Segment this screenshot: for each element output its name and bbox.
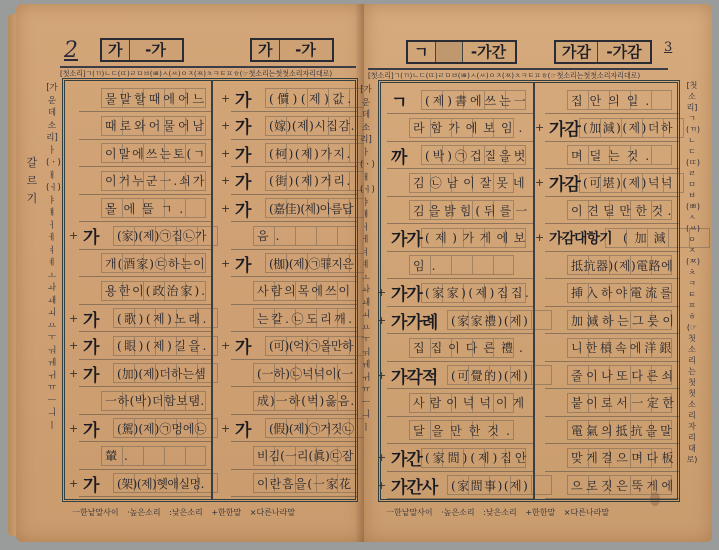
dictionary-entry-row: +가(歌)(제)노래. bbox=[79, 305, 211, 332]
dictionary-entry-row: 는칼.㉡도리깨. bbox=[231, 305, 357, 332]
dictionary-entry-row: 加減하는그릇이 bbox=[545, 307, 679, 334]
dictionary-entry-row: 가가(제)가게에보 bbox=[387, 225, 533, 252]
dictionary-entry-row: 용한이(政治家). bbox=[79, 278, 211, 305]
headword: 가감 bbox=[549, 170, 580, 195]
dictionary-entry-row: 집집이다른禮. bbox=[387, 335, 533, 362]
sino-korean-marker: + bbox=[377, 479, 386, 492]
dictionary-entry-row: 挿入하야電流를 bbox=[545, 280, 679, 307]
vowel-legend: [가운데소리]ㅏ(ㆍ)ㅐ(ㆎ)ㅑㅒㅓㅔㅕㅖㅗㅘㅙㅚㅛㅜㅝㅞㅟㅠㅡㅢㅣ bbox=[360, 84, 372, 504]
headword: 가 bbox=[83, 416, 98, 441]
header-word: -가감 bbox=[598, 42, 650, 62]
sino-korean-marker: + bbox=[221, 174, 230, 187]
page-number: 3 bbox=[664, 40, 672, 55]
definition-text: 이거누군一.쇠가 bbox=[105, 172, 206, 189]
dictionary-entry-row: 이거누군一.쇠가 bbox=[79, 168, 211, 195]
sino-korean-marker: + bbox=[377, 451, 386, 464]
definition-text: (嘉佳)(제)아름답 bbox=[269, 200, 353, 217]
definition-text: 挿入하야電流를 bbox=[571, 284, 675, 301]
header-word: 가 bbox=[102, 40, 130, 60]
dictionary-entry-row: 電氣의抵抗을말 bbox=[545, 417, 679, 444]
definition-text: (可堪)(제)넉넉 bbox=[583, 174, 674, 191]
definition-text: 이란흠을(一家花 bbox=[257, 475, 352, 492]
definition-text: 임. bbox=[413, 257, 442, 274]
sino-korean-marker: + bbox=[221, 257, 230, 270]
headword: 가 bbox=[235, 113, 250, 138]
sino-korean-marker: + bbox=[69, 229, 78, 242]
header-word: 가감 bbox=[556, 42, 598, 62]
definition-text: 줄이나또다른쇠 bbox=[571, 367, 677, 384]
header-word bbox=[436, 42, 463, 62]
definition-text: (家家禮)(제) bbox=[451, 312, 529, 329]
definition-text: 때로와어물어남 bbox=[105, 117, 207, 134]
definition-text: 이말에쓰는토(ㄱ bbox=[105, 145, 207, 162]
sino-korean-marker: + bbox=[221, 422, 230, 435]
dictionary-entry-row: +가(嘉佳)(제)아름답 bbox=[231, 195, 357, 222]
symbol-legend: 一한낱말사이 ·높은소리 :낮은소리 +한한말 ×다른나라말 bbox=[72, 507, 295, 518]
headword: 가 bbox=[83, 471, 98, 496]
definition-text: 달을만한것. bbox=[413, 422, 517, 439]
definition-text: 물말할때에어느 bbox=[105, 90, 207, 107]
definition-text: 一하(박)더함보탬. bbox=[105, 392, 205, 409]
sino-korean-marker: + bbox=[69, 312, 78, 325]
definition-text: 붙이로서一定한 bbox=[571, 394, 677, 411]
definition-text: (假)(제)㉠거짓㉡ bbox=[269, 420, 354, 437]
definition-text: (可)(억)㉠올만하 bbox=[269, 337, 353, 354]
definition-text: (一하)㉡넉넉이(一 bbox=[257, 365, 353, 382]
dictionary-entry-row: 붙이로서一定한 bbox=[545, 390, 679, 417]
headword: 가 bbox=[83, 223, 98, 248]
definition-text: (家)(제)㉠집㉡가 bbox=[117, 227, 207, 244]
entry-frame: ㄱ(제)書에쓰는一라함가에보임.까(박)㉠겁질을벗김㉡남이잘못네김을밝힘(뒤를一… bbox=[378, 80, 680, 502]
definition-text: 輦. bbox=[105, 447, 135, 464]
dictionary-entry-row: 一하(박)더함보탬. bbox=[79, 388, 211, 415]
definition-text: 加減하는그릇이 bbox=[571, 312, 677, 329]
definition-text: 니한槓속에洋銀 bbox=[571, 339, 674, 356]
headword: 가감대항기 bbox=[549, 228, 612, 248]
sino-korean-marker: + bbox=[69, 339, 78, 352]
sino-korean-marker: + bbox=[377, 314, 386, 327]
dictionary-entry-row: +가간사(家間事)(제) bbox=[387, 472, 533, 499]
entry-column-1: ㄱ(제)書에쓰는一라함가에보임.까(박)㉠겁질을벗김㉡남이잘못네김을밝힘(뒤를一… bbox=[387, 83, 533, 499]
dictionary-entry-row: +가(假)(제)㉠거짓㉡ bbox=[231, 415, 357, 442]
definition-text: (家間事)(제) bbox=[451, 477, 529, 494]
header-word: -가 bbox=[280, 40, 332, 60]
dictionary-entry-row: +가(眼)(제)길을. bbox=[79, 333, 211, 360]
headword: 가 bbox=[235, 251, 250, 276]
definition-text: 집집이다른禮. bbox=[413, 339, 529, 356]
headword: 가가례 bbox=[391, 308, 437, 333]
definition-text: 이견딜만한것. bbox=[571, 202, 676, 219]
right-page: ㄱ -가간 가감 -가감 3 [첫소리]ㄱ(ㄲ)ㄴㄷ(ㄸ)ㄹㅁㅂ(ㅃ)ㅅ(ㅆ)ㅇ… bbox=[364, 4, 712, 542]
definition-text: (駕)(제)㉠멍에㉡ bbox=[117, 420, 207, 437]
definition-text: 는칼.㉡도리깨. bbox=[257, 310, 355, 327]
dictionary-entry-row: 니한槓속에洋銀 bbox=[545, 335, 679, 362]
dictionary-entry-row: 달을만한것. bbox=[387, 417, 533, 444]
dictionary-entry-row: +가감(可堪)(제)넉넉 bbox=[545, 170, 679, 197]
sino-korean-marker: + bbox=[221, 119, 230, 132]
header-range-right: 가 -가 bbox=[250, 38, 334, 62]
dictionary-entry-row: 비김(一리(眞)㉢잠 bbox=[231, 443, 357, 470]
headword: 가 bbox=[235, 416, 250, 441]
dictionary-entry-row: +가(家)(제)㉠집㉡가 bbox=[79, 223, 211, 250]
dictionary-entry-row: +가(可)(억)㉠올만하 bbox=[231, 333, 357, 360]
dictionary-entry-row: 輦. bbox=[79, 443, 211, 470]
sino-korean-marker: + bbox=[221, 202, 230, 215]
dictionary-entry-row: +가간(家間)(제)집안 bbox=[387, 445, 533, 472]
definition-text: (家間)(제)집안 bbox=[425, 449, 530, 466]
headword: 가간 bbox=[391, 445, 422, 470]
headword: 가간사 bbox=[391, 473, 437, 498]
dictionary-entry-row: 라함가에보임. bbox=[387, 115, 533, 142]
dictionary-entry-row: +가(街)(제)거리. bbox=[231, 168, 357, 195]
definition-text: (價)(제)값. bbox=[269, 90, 355, 107]
dictionary-entry-row: 이말에쓰는토(ㄱ bbox=[79, 140, 211, 167]
dictionary-entry-row: 집안의일. bbox=[545, 87, 679, 114]
definition-text: 맞게걸으며다板 bbox=[571, 449, 677, 466]
dictionary-entry-row: 물말할때에어느 bbox=[79, 85, 211, 112]
consonant-legend-side: [첫소리]ㄱ(ㄲ)ㄴㄷ(ㄸ)ㄹㅁㅂ(ㅃ)ㅅ(ㅆ)ㅇㅈ(ㅉ)ㅊㅋㅌㅍㅎ(☞첫소리는… bbox=[686, 80, 698, 500]
definition-text: (街)(제)거리. bbox=[269, 172, 352, 189]
dictionary-entry-row: +가가례(家家禮)(제) bbox=[387, 307, 533, 334]
definition-text: (嫁)(제)시집감. bbox=[269, 117, 355, 134]
dictionary-entry-row: 사람의목에쓰이 bbox=[231, 278, 357, 305]
definition-text: (眼)(제)길을. bbox=[117, 337, 209, 354]
definition-text: (枷)(제)㉠罪지은 bbox=[269, 255, 354, 272]
header-range-left: ㄱ -가간 bbox=[406, 40, 517, 64]
sino-korean-marker: + bbox=[377, 369, 386, 382]
header-word: ㄱ bbox=[408, 42, 436, 62]
dictionary-entry-row: +가(枷)(제)㉠罪지은 bbox=[231, 250, 357, 277]
header-range-right: 가감 -가감 bbox=[554, 40, 652, 64]
dictionary-entry-row: +가(駕)(제)㉠멍에㉡ bbox=[79, 415, 211, 442]
sino-korean-marker: + bbox=[221, 339, 230, 352]
headword: 가 bbox=[235, 196, 250, 221]
definition-text: (加減 bbox=[623, 229, 673, 246]
definition-text: (加減)(제)더하 bbox=[583, 119, 674, 136]
definition-text: 용한이(政治家). bbox=[105, 282, 207, 299]
dictionary-entry-row: 이란흠을(一家花 bbox=[231, 470, 357, 497]
page-number: 2 bbox=[64, 38, 78, 63]
dictionary-entry-row: +가각적(可覺的)(제) bbox=[387, 362, 533, 389]
definition-text: 電氣의抵抗을말 bbox=[571, 422, 675, 439]
header-word: 가 bbox=[252, 40, 280, 60]
entry-column-2: +가(價)(제)값.+가(嫁)(제)시집감.+가(柯)(제)가지.+가(街)(제… bbox=[231, 81, 357, 499]
definition-text: 사람의목에쓰이 bbox=[257, 282, 352, 299]
dictionary-entry-row: 때로와어물어남 bbox=[79, 113, 211, 140]
column-divider bbox=[533, 83, 535, 499]
dictionary-entry-row: +가감(加減)(제)더하 bbox=[545, 115, 679, 142]
ink-stain bbox=[650, 492, 660, 506]
definition-text: (柯)(제)가지. bbox=[269, 145, 352, 162]
dictionary-entry-row: 成)一하(벅)옳음. bbox=[231, 388, 357, 415]
definition-text: (박)㉠겁질을벗 bbox=[425, 147, 528, 164]
dictionary-entry-row: +가(架)(제)혯애실멍. bbox=[79, 470, 211, 497]
definition-text: 며덜는것. bbox=[571, 147, 656, 164]
definition-text: 사람이넉넉이게 bbox=[413, 394, 529, 411]
dictionary-entry-row: 김을밝힘(뒤를一 bbox=[387, 197, 533, 224]
definition-text: 음. bbox=[257, 227, 286, 244]
dictionary-entry-row: 이견딜만한것. bbox=[545, 197, 679, 224]
sino-korean-marker: + bbox=[221, 147, 230, 160]
definition-text: 라함가에보임. bbox=[413, 119, 528, 136]
definition-text: (可覺的)(제) bbox=[451, 367, 529, 384]
headword: 가 bbox=[83, 306, 98, 331]
header-word: -가간 bbox=[463, 42, 515, 62]
definition-text: 비김(一리(眞)㉢잠 bbox=[257, 447, 353, 464]
headword: 가각적 bbox=[391, 363, 437, 388]
definition-text: (歌)(제)노래. bbox=[117, 310, 209, 327]
headword: 가 bbox=[235, 333, 250, 358]
sino-korean-marker: + bbox=[377, 286, 386, 299]
dictionary-entry-row: 개(酒家)㉢하는이 bbox=[79, 250, 211, 277]
definition-text: 김㉡남이잘못네 bbox=[413, 174, 530, 191]
symbol-legend: 一한낱말사이 ·높은소리 :낮은소리 +한한말 ×다른나라말 bbox=[386, 507, 609, 518]
sino-korean-marker: + bbox=[69, 477, 78, 490]
dictionary-entry-row: 맞게걸으며다板 bbox=[545, 445, 679, 472]
sino-korean-marker: + bbox=[69, 422, 78, 435]
dictionary-entry-row: +가가(家家)(제)집집. bbox=[387, 280, 533, 307]
definition-text: (제)가게에보 bbox=[425, 229, 531, 246]
definition-text: 개(酒家)㉢하는이 bbox=[105, 255, 206, 272]
sino-korean-marker: + bbox=[535, 176, 544, 189]
header-word: -가 bbox=[130, 40, 182, 60]
headword: 가감 bbox=[549, 115, 580, 140]
dictionary-entry-row: +가(柯)(제)가지. bbox=[231, 140, 357, 167]
definition-text: 몰에뜰ㄱ. bbox=[105, 200, 190, 217]
definition-text: (家家)(제)집집. bbox=[425, 284, 531, 301]
open-dictionary-book: 2 가 -가 가 -가 [첫소리]ㄱ(ㄲ)ㄴㄷ(ㄸ)ㄹㅁㅂ(ㅃ)ㅅ(ㅆ)ㅇㅈ(ㅉ… bbox=[8, 4, 714, 546]
dictionary-entry-row: 까(박)㉠겁질을벗 bbox=[387, 142, 533, 169]
sino-korean-marker: + bbox=[535, 231, 544, 244]
headword: 가 bbox=[235, 86, 250, 111]
definition-text: (架)(제)혯애실멍. bbox=[117, 475, 204, 492]
dictionary-entry-row: +가감대항기(加減 bbox=[545, 225, 679, 252]
dictionary-entry-row: 며덜는것. bbox=[545, 142, 679, 169]
dictionary-entry-row: ㄱ(제)書에쓰는一 bbox=[387, 87, 533, 114]
dictionary-entry-row: +가(嫁)(제)시집감. bbox=[231, 113, 357, 140]
dictionary-entry-row: 사람이넉넉이게 bbox=[387, 390, 533, 417]
headword: 가가 bbox=[391, 280, 422, 305]
definition-text: (加)(제)더하는셈 bbox=[117, 365, 206, 382]
left-page: 2 가 -가 가 -가 [첫소리]ㄱ(ㄲ)ㄴㄷ(ㄸ)ㄹㅁㅂ(ㅃ)ㅅ(ㅆ)ㅇㅈ(ㅉ… bbox=[16, 4, 364, 542]
entry-column-1: 물말할때에어느때로와어물어남이말에쓰는토(ㄱ이거누군一.쇠가몰에뜰ㄱ.+가(家)… bbox=[79, 81, 211, 499]
dictionary-entry-row: +가(價)(제)값. bbox=[231, 85, 357, 112]
margin-note: 갈르기 bbox=[26, 154, 38, 208]
dictionary-entry-row: 抵抗器)(제)電路에 bbox=[545, 252, 679, 279]
dictionary-entry-row: +가(加)(제)더하는셈 bbox=[79, 360, 211, 387]
definition-text: 김을밝힘(뒤를一 bbox=[413, 202, 531, 219]
definition-text: (제)書에쓰는一 bbox=[425, 92, 529, 109]
headword: ㄱ bbox=[391, 88, 406, 113]
headword: 가 bbox=[83, 333, 98, 358]
vowel-legend: [가운데소리]ㅏ(ㆍ)ㅐ(ㆎ)ㅑㅒㅓㅔㅕㅖㅗㅘㅙㅚㅛㅜㅝㅞㅟㅠㅡㅢㅣ bbox=[46, 82, 58, 502]
entry-frame: 물말할때에어느때로와어물어남이말에쓰는토(ㄱ이거누군一.쇠가몰에뜰ㄱ.+가(家)… bbox=[62, 78, 358, 502]
dictionary-entry-row: 임. bbox=[387, 252, 533, 279]
dictionary-entry-row: 줄이나또다른쇠 bbox=[545, 362, 679, 389]
sino-korean-marker: + bbox=[221, 92, 230, 105]
headword: 가가 bbox=[391, 225, 422, 250]
definition-text: 으로짓은뚝게에 bbox=[571, 477, 677, 494]
entry-column-2: 집안의일.+가감(加減)(제)더하며덜는것.+가감(可堪)(제)넉넉이견딜만한것… bbox=[545, 83, 679, 499]
definition-text: 집안의일. bbox=[571, 92, 656, 109]
sino-korean-marker: + bbox=[69, 367, 78, 380]
dictionary-entry-row: 음. bbox=[231, 223, 357, 250]
headword: 가 bbox=[83, 361, 98, 386]
headword: 까 bbox=[391, 143, 406, 168]
dictionary-entry-row: (一하)㉡넉넉이(一 bbox=[231, 360, 357, 387]
sino-korean-marker: + bbox=[535, 121, 544, 134]
dictionary-entry-row: 김㉡남이잘못네 bbox=[387, 170, 533, 197]
dictionary-entry-row: 몰에뜰ㄱ. bbox=[79, 195, 211, 222]
definition-text: 成)一하(벅)옳음. bbox=[257, 392, 355, 409]
headword: 가 bbox=[235, 141, 250, 166]
header-range-left: 가 -가 bbox=[100, 38, 184, 62]
headword: 가 bbox=[235, 168, 250, 193]
definition-text: 抵抗器)(제)電路에 bbox=[571, 257, 673, 274]
